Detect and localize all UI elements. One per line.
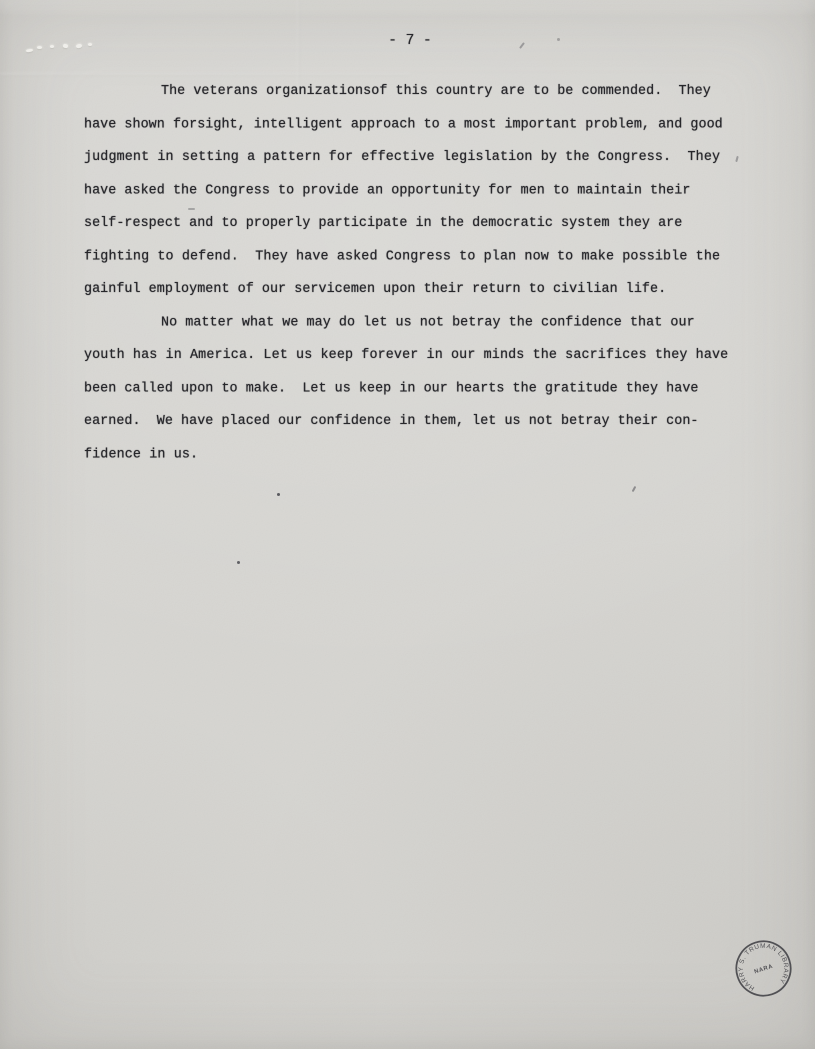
text-line: fighting to defend. They have asked Cong… <box>84 240 752 273</box>
text-line: fidence in us. <box>84 438 752 471</box>
text-line: have asked the Congress to provide an op… <box>84 174 752 207</box>
paper-speck <box>277 493 280 496</box>
text-line: self-respect and to properly participate… <box>84 207 752 240</box>
text-line: have shown forsight, intelligent approac… <box>84 108 752 141</box>
paper-speck <box>632 486 637 492</box>
scanned-document-page: - 7 - The veterans organizationsof this … <box>0 0 815 1049</box>
stamp-center-text: NARA <box>754 964 774 976</box>
text-line: youth has in America. Let us keep foreve… <box>84 339 752 372</box>
text-line: No matter what we may do let us not betr… <box>84 306 752 339</box>
text-line: earned. We have placed our confidence in… <box>84 405 752 438</box>
text-line: gainful employment of our servicemen upo… <box>84 273 752 306</box>
truman-library-nara-stamp: HARRY S. TRUMAN LIBRARY NARA <box>734 939 793 998</box>
paper-speck <box>237 561 240 564</box>
text-line: judgment in setting a pattern for effect… <box>84 141 752 174</box>
text-line: The veterans organizationsof this countr… <box>84 75 752 108</box>
page-number: - 7 - <box>0 31 815 51</box>
typed-text-block: The veterans organizationsof this countr… <box>84 75 752 471</box>
text-line: been called upon to make. Let us keep in… <box>84 372 752 405</box>
